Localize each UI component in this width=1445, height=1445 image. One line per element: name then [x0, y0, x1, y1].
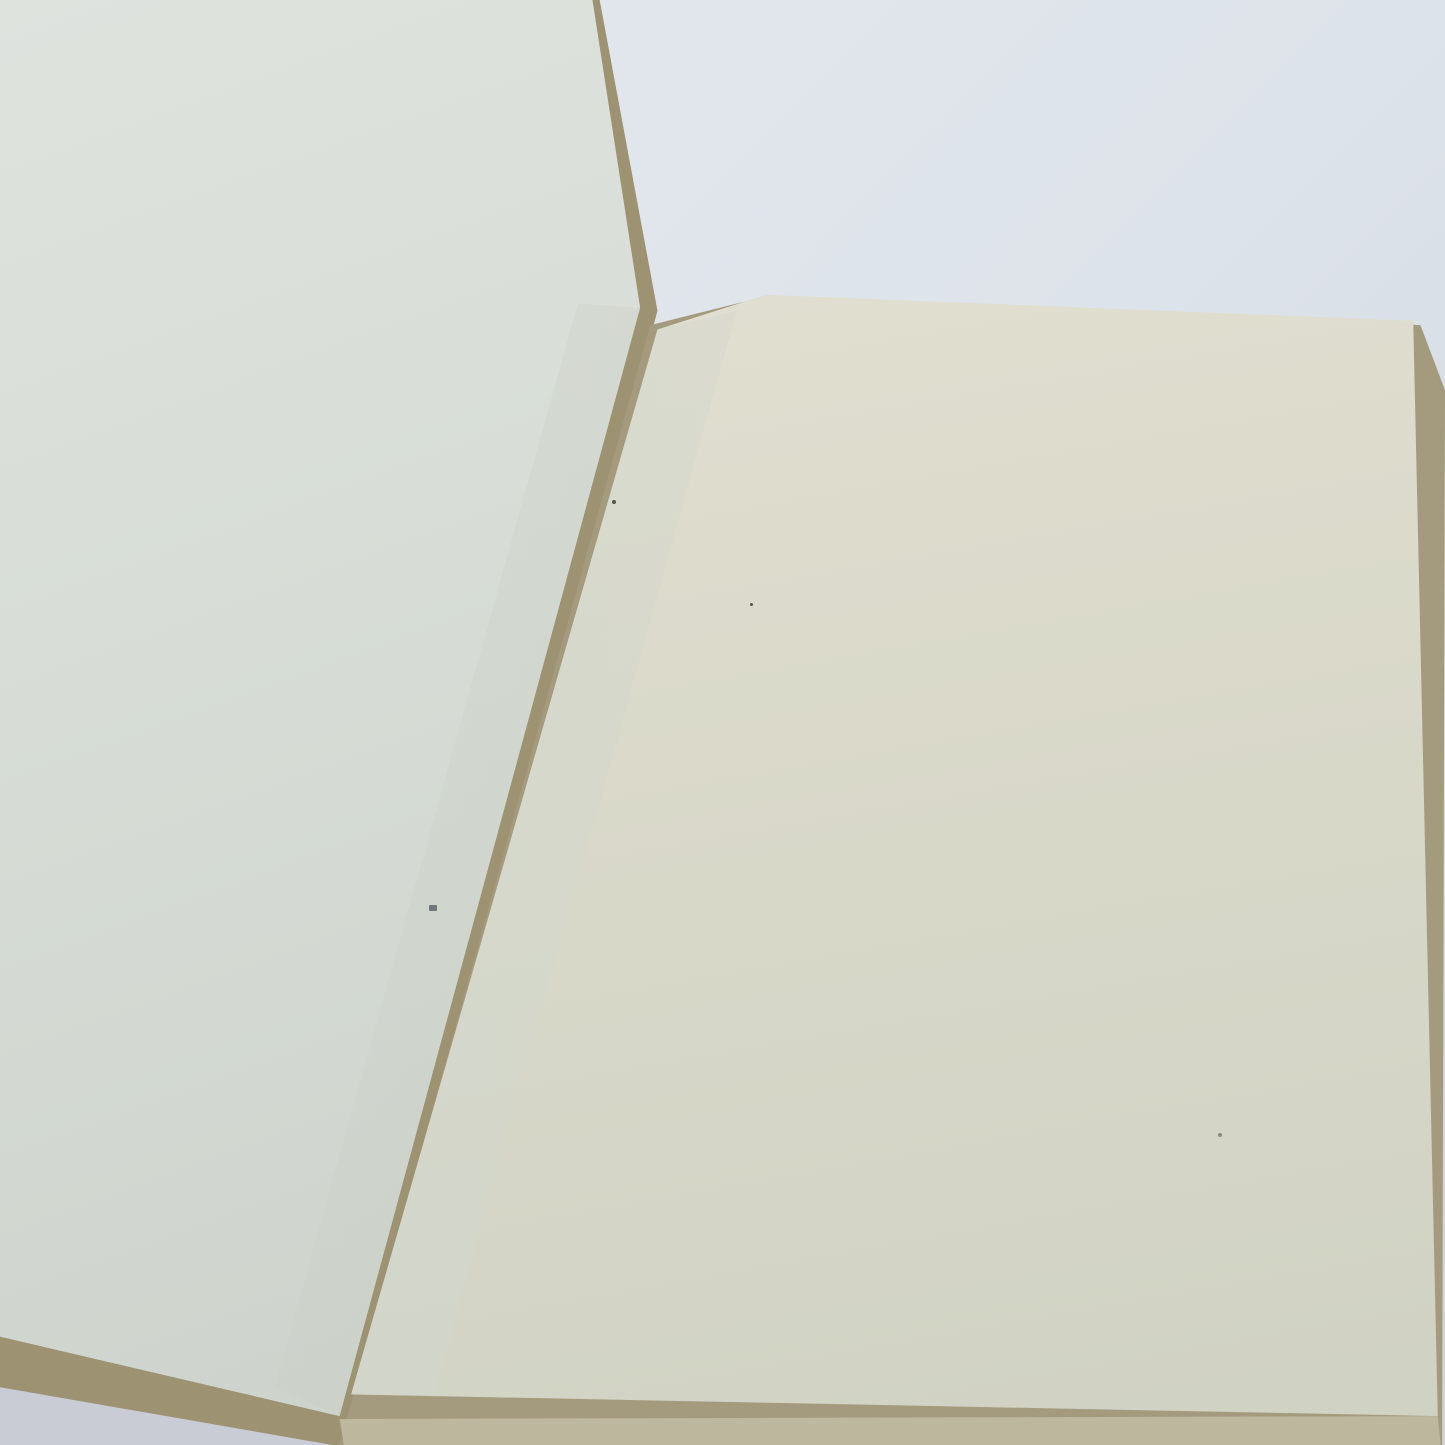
scene-description: Open hardcover book with two blank pages… — [0, 0, 1, 1]
paper-mark — [429, 905, 437, 911]
paper-speck — [750, 603, 753, 606]
paper-speck — [1218, 1133, 1222, 1137]
photo-scene: Open hardcover book with two blank pages… — [0, 0, 1445, 1445]
paper-speck — [612, 500, 616, 504]
